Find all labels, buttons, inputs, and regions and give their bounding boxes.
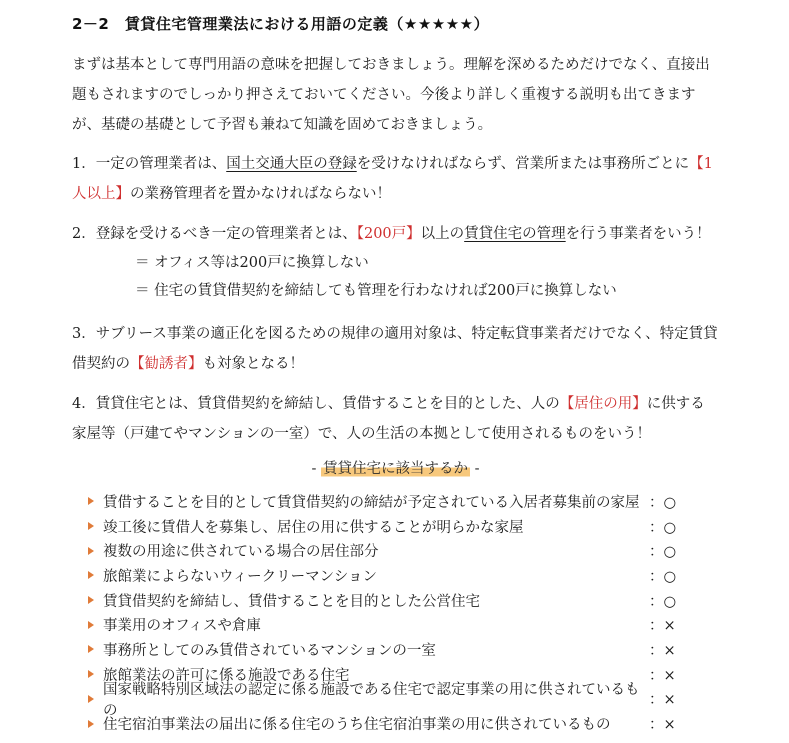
list-item: 国家戦略特別区域法の認定に係る施設である住宅で認定事業の用に供されているもの ：… [88,687,719,712]
item-mark: ：× [649,664,719,685]
item-mark: ：○ [649,516,719,537]
item-text: 複数の用途に供されている場合の居住部分 [103,540,649,561]
page-title: 2－2 賃貸住宅管理業法における用語の定義（★★★★★） [72,13,719,35]
sub-note-2: ＝ 住宅の賃貸借契約を締結しても管理を行わなければ200戸に換算しない [72,277,719,305]
item-mark: ：○ [649,491,719,512]
numbered-point-2-text: 2．登録を受けるべき一定の管理業者とは、【200戸】以上の賃貸住宅の管理を行う事… [72,219,719,249]
item-text: 旅館業によらないウィークリーマンション [103,565,649,586]
list-item: 事務所としてのみ賃借されているマンションの一室 ：× [88,637,719,662]
heading-highlighted-text: 賃貸住宅に該当するか [321,461,470,477]
list-item: 竣工後に賃借人を募集し、居住の用に供することが明らかな家屋 ：○ [88,514,719,539]
item-text: 住宅宿泊事業法の届出に係る住宅のうち住宅宿泊事業の用に供されているもの [103,713,649,734]
item-mark: ：× [649,614,719,635]
bullet-triangle-icon [88,695,94,703]
bullet-triangle-icon [88,547,94,555]
item-text: 竣工後に賃借人を募集し、居住の用に供することが明らかな家屋 [103,516,649,537]
item-mark: ：○ [649,590,719,611]
bullet-triangle-icon [88,645,94,653]
list-item: 賃貸借契約を締結し、賃借することを目的とした公営住宅 ：○ [88,588,719,613]
heading-dash-left: - [311,461,321,477]
bullet-triangle-icon [88,670,94,678]
item-mark: ：○ [649,540,719,561]
item-mark: ：× [649,639,719,660]
list-item: 住宅宿泊事業法の届出に係る住宅のうち住宅宿泊事業の用に供されているもの ：× [88,711,719,736]
numbered-point-2: 2．登録を受けるべき一定の管理業者とは、【200戸】以上の賃貸住宅の管理を行う事… [72,219,719,305]
sub-note-1: ＝ オフィス等は200戸に換算しない [72,249,719,277]
checklist: 賃借することを目的として賃貸借契約の締結が予定されている入居者募集前の家屋 ：○… [72,489,719,736]
item-mark: ：× [649,713,719,734]
bullet-triangle-icon [88,571,94,579]
bullet-triangle-icon [88,596,94,604]
checklist-heading: - 賃貸住宅に該当するか - [72,459,719,479]
item-text: 事業用のオフィスや倉庫 [103,614,649,635]
item-mark: ：× [649,688,719,709]
bullet-triangle-icon [88,720,94,728]
numbered-point-4: 4．賃貸住宅とは、賃貸借契約を締結し、賃借することを目的とした、人の【居住の用】… [72,389,719,449]
document-page: 2－2 賃貸住宅管理業法における用語の定義（★★★★★） まずは基本として専門用… [0,0,789,743]
list-item: 複数の用途に供されている場合の居住部分 ：○ [88,538,719,563]
numbered-point-3: 3．サブリース事業の適正化を図るための規律の適用対象は、特定転貸事業者だけでなく… [72,319,719,379]
list-item: 事業用のオフィスや倉庫 ：× [88,612,719,637]
list-item: 旅館業によらないウィークリーマンション ：○ [88,563,719,588]
item-text: 事務所としてのみ賃借されているマンションの一室 [103,639,649,660]
bullet-triangle-icon [88,497,94,505]
bullet-triangle-icon [88,522,94,530]
item-text: 賃借することを目的として賃貸借契約の締結が予定されている入居者募集前の家屋 [103,491,649,512]
bullet-triangle-icon [88,621,94,629]
numbered-point-1: 1．一定の管理業者は、国土交通大臣の登録を受けなければならず、営業所または事務所… [72,149,719,209]
heading-dash-right: - [470,461,480,477]
item-mark: ：○ [649,565,719,586]
intro-paragraph: まずは基本として専門用語の意味を把握しておきましょう。理解を深めるためだけでなく… [72,50,719,140]
item-text: 賃貸借契約を締結し、賃借することを目的とした公営住宅 [103,590,649,611]
list-item: 賃借することを目的として賃貸借契約の締結が予定されている入居者募集前の家屋 ：○ [88,489,719,514]
